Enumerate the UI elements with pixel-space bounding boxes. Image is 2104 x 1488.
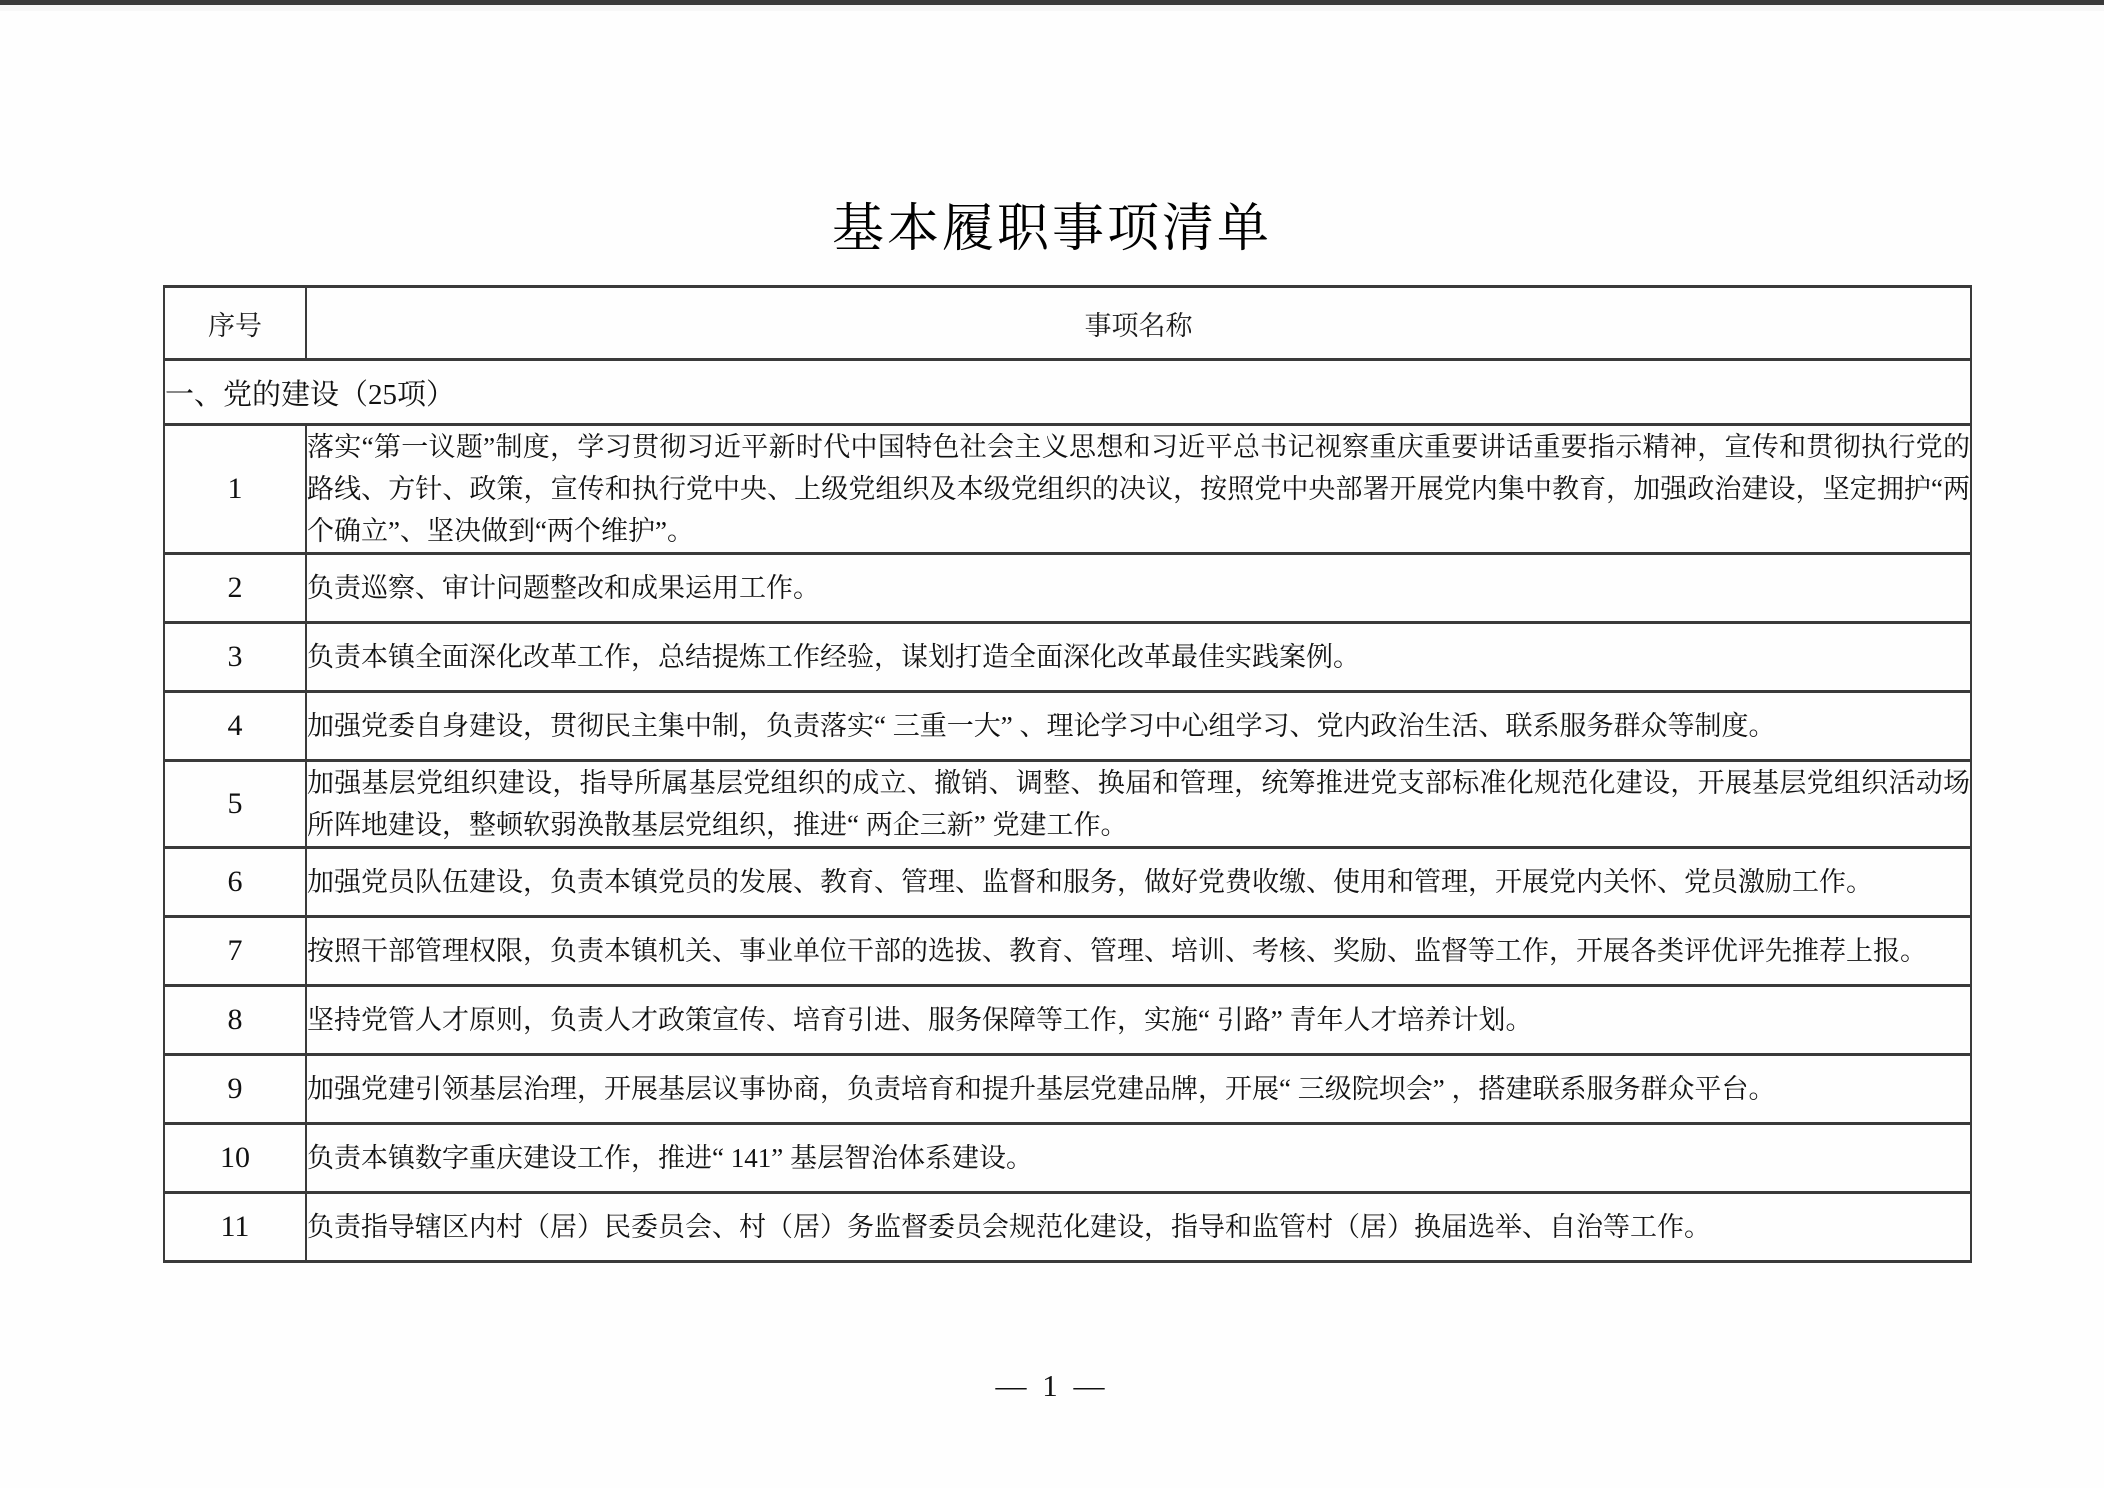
row-number: 6 (164, 848, 306, 917)
table-row: 6 加强党员队伍建设，负责本镇党员的发展、教育、管理、监督和服务，做好党费收缴、… (164, 848, 1971, 917)
table-row: 9 加强党建引领基层治理，开展基层议事协商，负责培育和提升基层党建品牌，开展“ … (164, 1055, 1971, 1124)
row-number: 5 (164, 761, 306, 848)
row-text: 负责巡察、审计问题整改和成果运用工作。 (306, 554, 1971, 623)
table-row: 4 加强党委自身建设，贯彻民主集中制，负责落实“ 三重一大” 、理论学习中心组学… (164, 692, 1971, 761)
row-number: 9 (164, 1055, 306, 1124)
row-number: 7 (164, 917, 306, 986)
row-number: 11 (164, 1193, 306, 1262)
row-text: 负责本镇全面深化改革工作，总结提炼工作经验，谋划打造全面深化改革最佳实践案例。 (306, 623, 1971, 692)
table-row: 5 加强基层党组织建设，指导所属基层党组织的成立、撤销、调整、换届和管理，统筹推… (164, 761, 1971, 848)
row-text: 加强党委自身建设，贯彻民主集中制，负责落实“ 三重一大” 、理论学习中心组学习、… (306, 692, 1971, 761)
duty-items-table: 序号 事项名称 一、党的建设（25项） 1 落实“第一议题”制度，学习贯彻习近平… (163, 285, 1972, 1263)
row-text: 坚持党管人才原则，负责人才政策宣传、培育引进、服务保障等工作，实施“ 引路” 青… (306, 986, 1971, 1055)
row-number: 8 (164, 986, 306, 1055)
row-number: 4 (164, 692, 306, 761)
table-row: 11 负责指导辖区内村（居）民委员会、村（居）务监督委员会规范化建设，指导和监管… (164, 1193, 1971, 1262)
table-row: 8 坚持党管人才原则，负责人才政策宣传、培育引进、服务保障等工作，实施“ 引路”… (164, 986, 1971, 1055)
table-row: 2 负责巡察、审计问题整改和成果运用工作。 (164, 554, 1971, 623)
row-number: 2 (164, 554, 306, 623)
column-header-serial: 序号 (164, 287, 306, 360)
row-number: 3 (164, 623, 306, 692)
window-edge-strip (0, 5, 2104, 11)
row-number: 10 (164, 1124, 306, 1193)
section-header: 一、党的建设（25项） (164, 360, 1971, 425)
table-row: 1 落实“第一议题”制度，学习贯彻习近平新时代中国特色社会主义思想和习近平总书记… (164, 425, 1971, 554)
section-row: 一、党的建设（25项） (164, 360, 1971, 425)
row-number: 1 (164, 425, 306, 554)
row-text: 按照干部管理权限，负责本镇机关、事业单位干部的选拔、教育、管理、培训、考核、奖励… (306, 917, 1971, 986)
table-row: 10 负责本镇数字重庆建设工作，推进“ 141” 基层智治体系建设。 (164, 1124, 1971, 1193)
column-header-item-name: 事项名称 (306, 287, 1971, 360)
document-page: 基本履职事项清单 序号 事项名称 一、党的建设（25项） 1 落实“第一议题”制… (0, 0, 2104, 1488)
row-text: 落实“第一议题”制度，学习贯彻习近平新时代中国特色社会主义思想和习近平总书记视察… (306, 425, 1971, 554)
row-text: 负责指导辖区内村（居）民委员会、村（居）务监督委员会规范化建设，指导和监管村（居… (306, 1193, 1971, 1262)
table-row: 7 按照干部管理权限，负责本镇机关、事业单位干部的选拔、教育、管理、培训、考核、… (164, 917, 1971, 986)
row-text: 负责本镇数字重庆建设工作，推进“ 141” 基层智治体系建设。 (306, 1124, 1971, 1193)
row-text: 加强基层党组织建设，指导所属基层党组织的成立、撤销、调整、换届和管理，统筹推进党… (306, 761, 1971, 848)
row-text: 加强党建引领基层治理，开展基层议事协商，负责培育和提升基层党建品牌，开展“ 三级… (306, 1055, 1971, 1124)
table-row: 3 负责本镇全面深化改革工作，总结提炼工作经验，谋划打造全面深化改革最佳实践案例… (164, 623, 1971, 692)
row-text: 加强党员队伍建设，负责本镇党员的发展、教育、管理、监督和服务，做好党费收缴、使用… (306, 848, 1971, 917)
page-number: — 1 — (0, 1368, 2104, 1404)
page-title: 基本履职事项清单 (0, 186, 2104, 261)
table-header-row: 序号 事项名称 (164, 287, 1971, 360)
